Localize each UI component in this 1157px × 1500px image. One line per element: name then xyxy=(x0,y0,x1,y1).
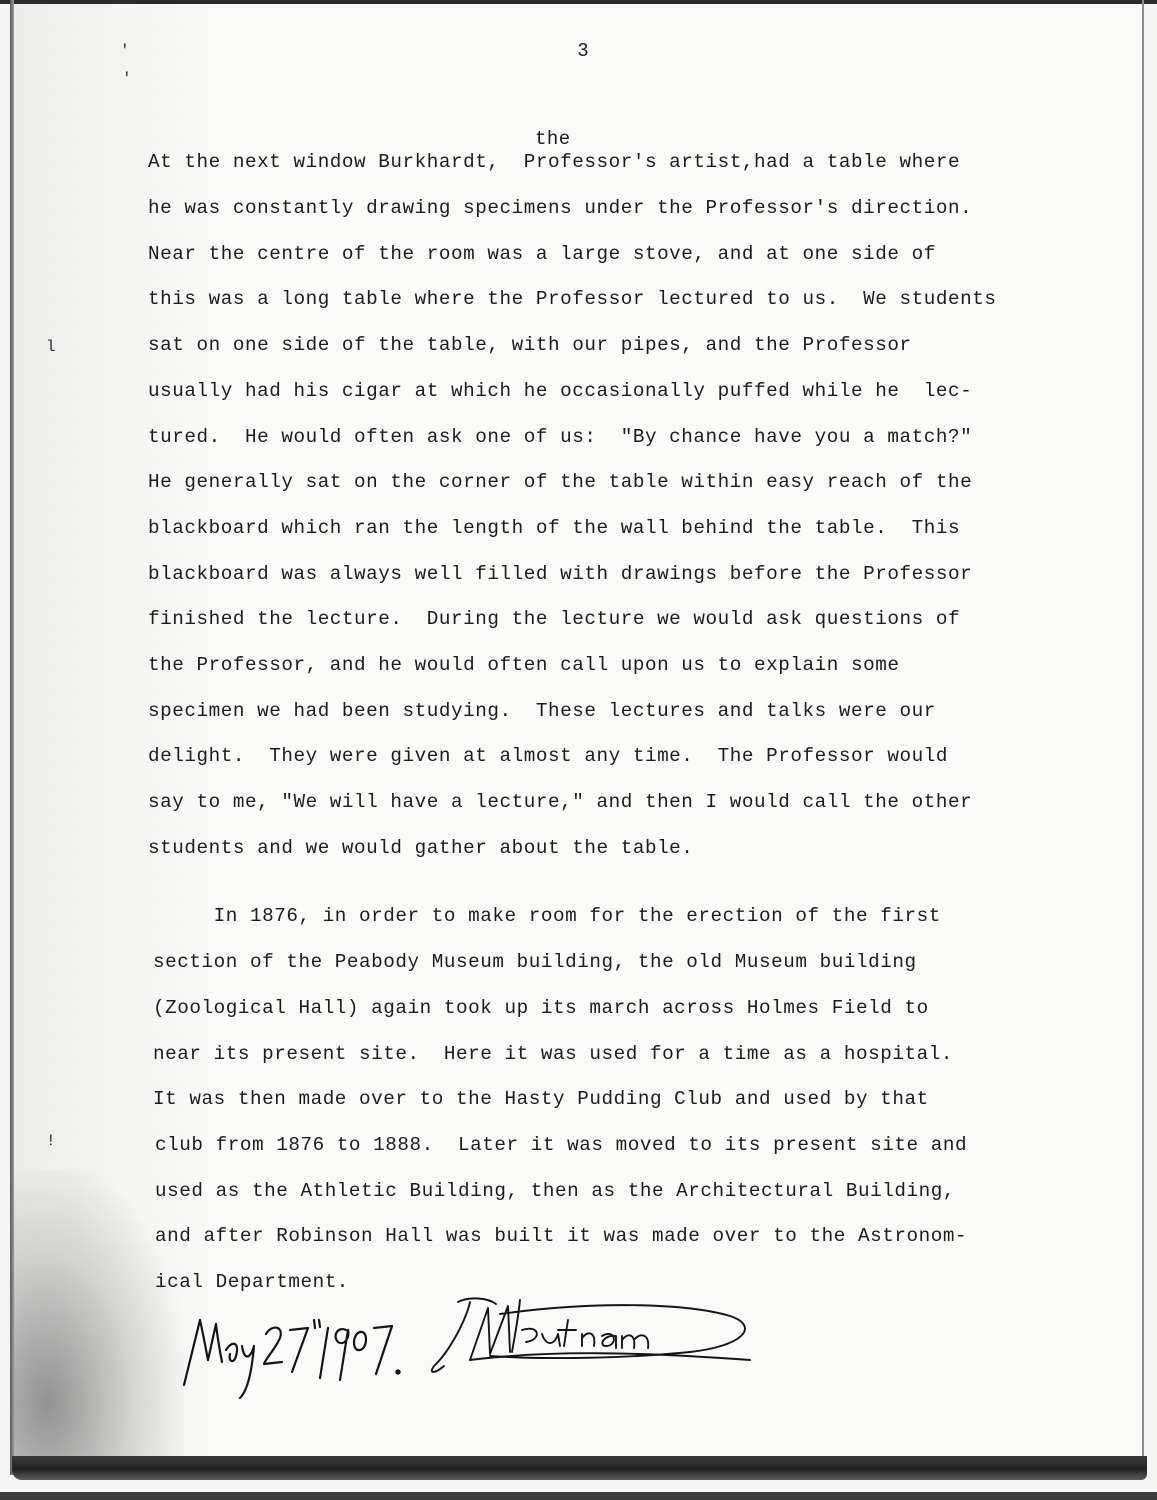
handwritten-insertion: the xyxy=(535,128,571,150)
paper-right-edge xyxy=(1142,0,1144,1460)
signature-block: May 27th 1907. F. W. Putnam xyxy=(170,1290,870,1400)
text-line: At the next window Burkhardt, Professor'… xyxy=(148,150,960,174)
scan-smudge xyxy=(14,1170,184,1460)
paper-bottom-shadow xyxy=(12,1456,1147,1480)
scan-bottom-edge xyxy=(0,1492,1157,1500)
text-line: club from 1876 to 1888. Later it was mov… xyxy=(155,1133,967,1157)
text-line: usually had his cigar at which he occasi… xyxy=(148,379,972,403)
text-line: blackboard which ran the length of the w… xyxy=(148,516,960,540)
text-line: this was a long table where the Professo… xyxy=(148,287,996,311)
text-line: delight. They were given at almost any t… xyxy=(148,744,948,768)
text-line: and after Robinson Hall was built it was… xyxy=(155,1224,967,1248)
text-line: Near the centre of the room was a large … xyxy=(148,242,936,266)
text-line: blackboard was always well filled with d… xyxy=(148,562,972,586)
margin-mark: ! xyxy=(46,1132,56,1150)
text-line: students and we would gather about the t… xyxy=(148,836,693,860)
text-line: he was constantly drawing specimens unde… xyxy=(148,196,972,220)
text-line: In 1876, in order to make room for the e… xyxy=(153,904,941,928)
text-line: the Professor, and he would often call u… xyxy=(148,653,899,677)
page-number: 3 xyxy=(0,40,1157,62)
scanned-document: ' ' l ! 3 the At the next window Burkhar… xyxy=(0,0,1157,1500)
handwritten-date-icon xyxy=(170,1290,870,1400)
text-line: used as the Athletic Building, then as t… xyxy=(155,1179,955,1203)
text-line: It was then made over to the Hasty Puddi… xyxy=(153,1087,929,1111)
text-line: tured. He would often ask one of us: "By… xyxy=(148,425,972,449)
text-line: section of the Peabody Museum building, … xyxy=(153,950,917,974)
text-line: sat on one side of the table, with our p… xyxy=(148,333,912,357)
text-line: (Zoological Hall) again took up its marc… xyxy=(153,996,929,1020)
text-line: specimen we had been studying. These lec… xyxy=(148,699,936,723)
text-line: finished the lecture. During the lecture… xyxy=(148,607,960,631)
text-line: He generally sat on the corner of the ta… xyxy=(148,470,972,494)
text-line: say to me, "We will have a lecture," and… xyxy=(148,790,972,814)
margin-mark: ' xyxy=(122,70,132,88)
text-line: near its present site. Here it was used … xyxy=(153,1042,953,1066)
margin-mark: l xyxy=(46,338,56,356)
